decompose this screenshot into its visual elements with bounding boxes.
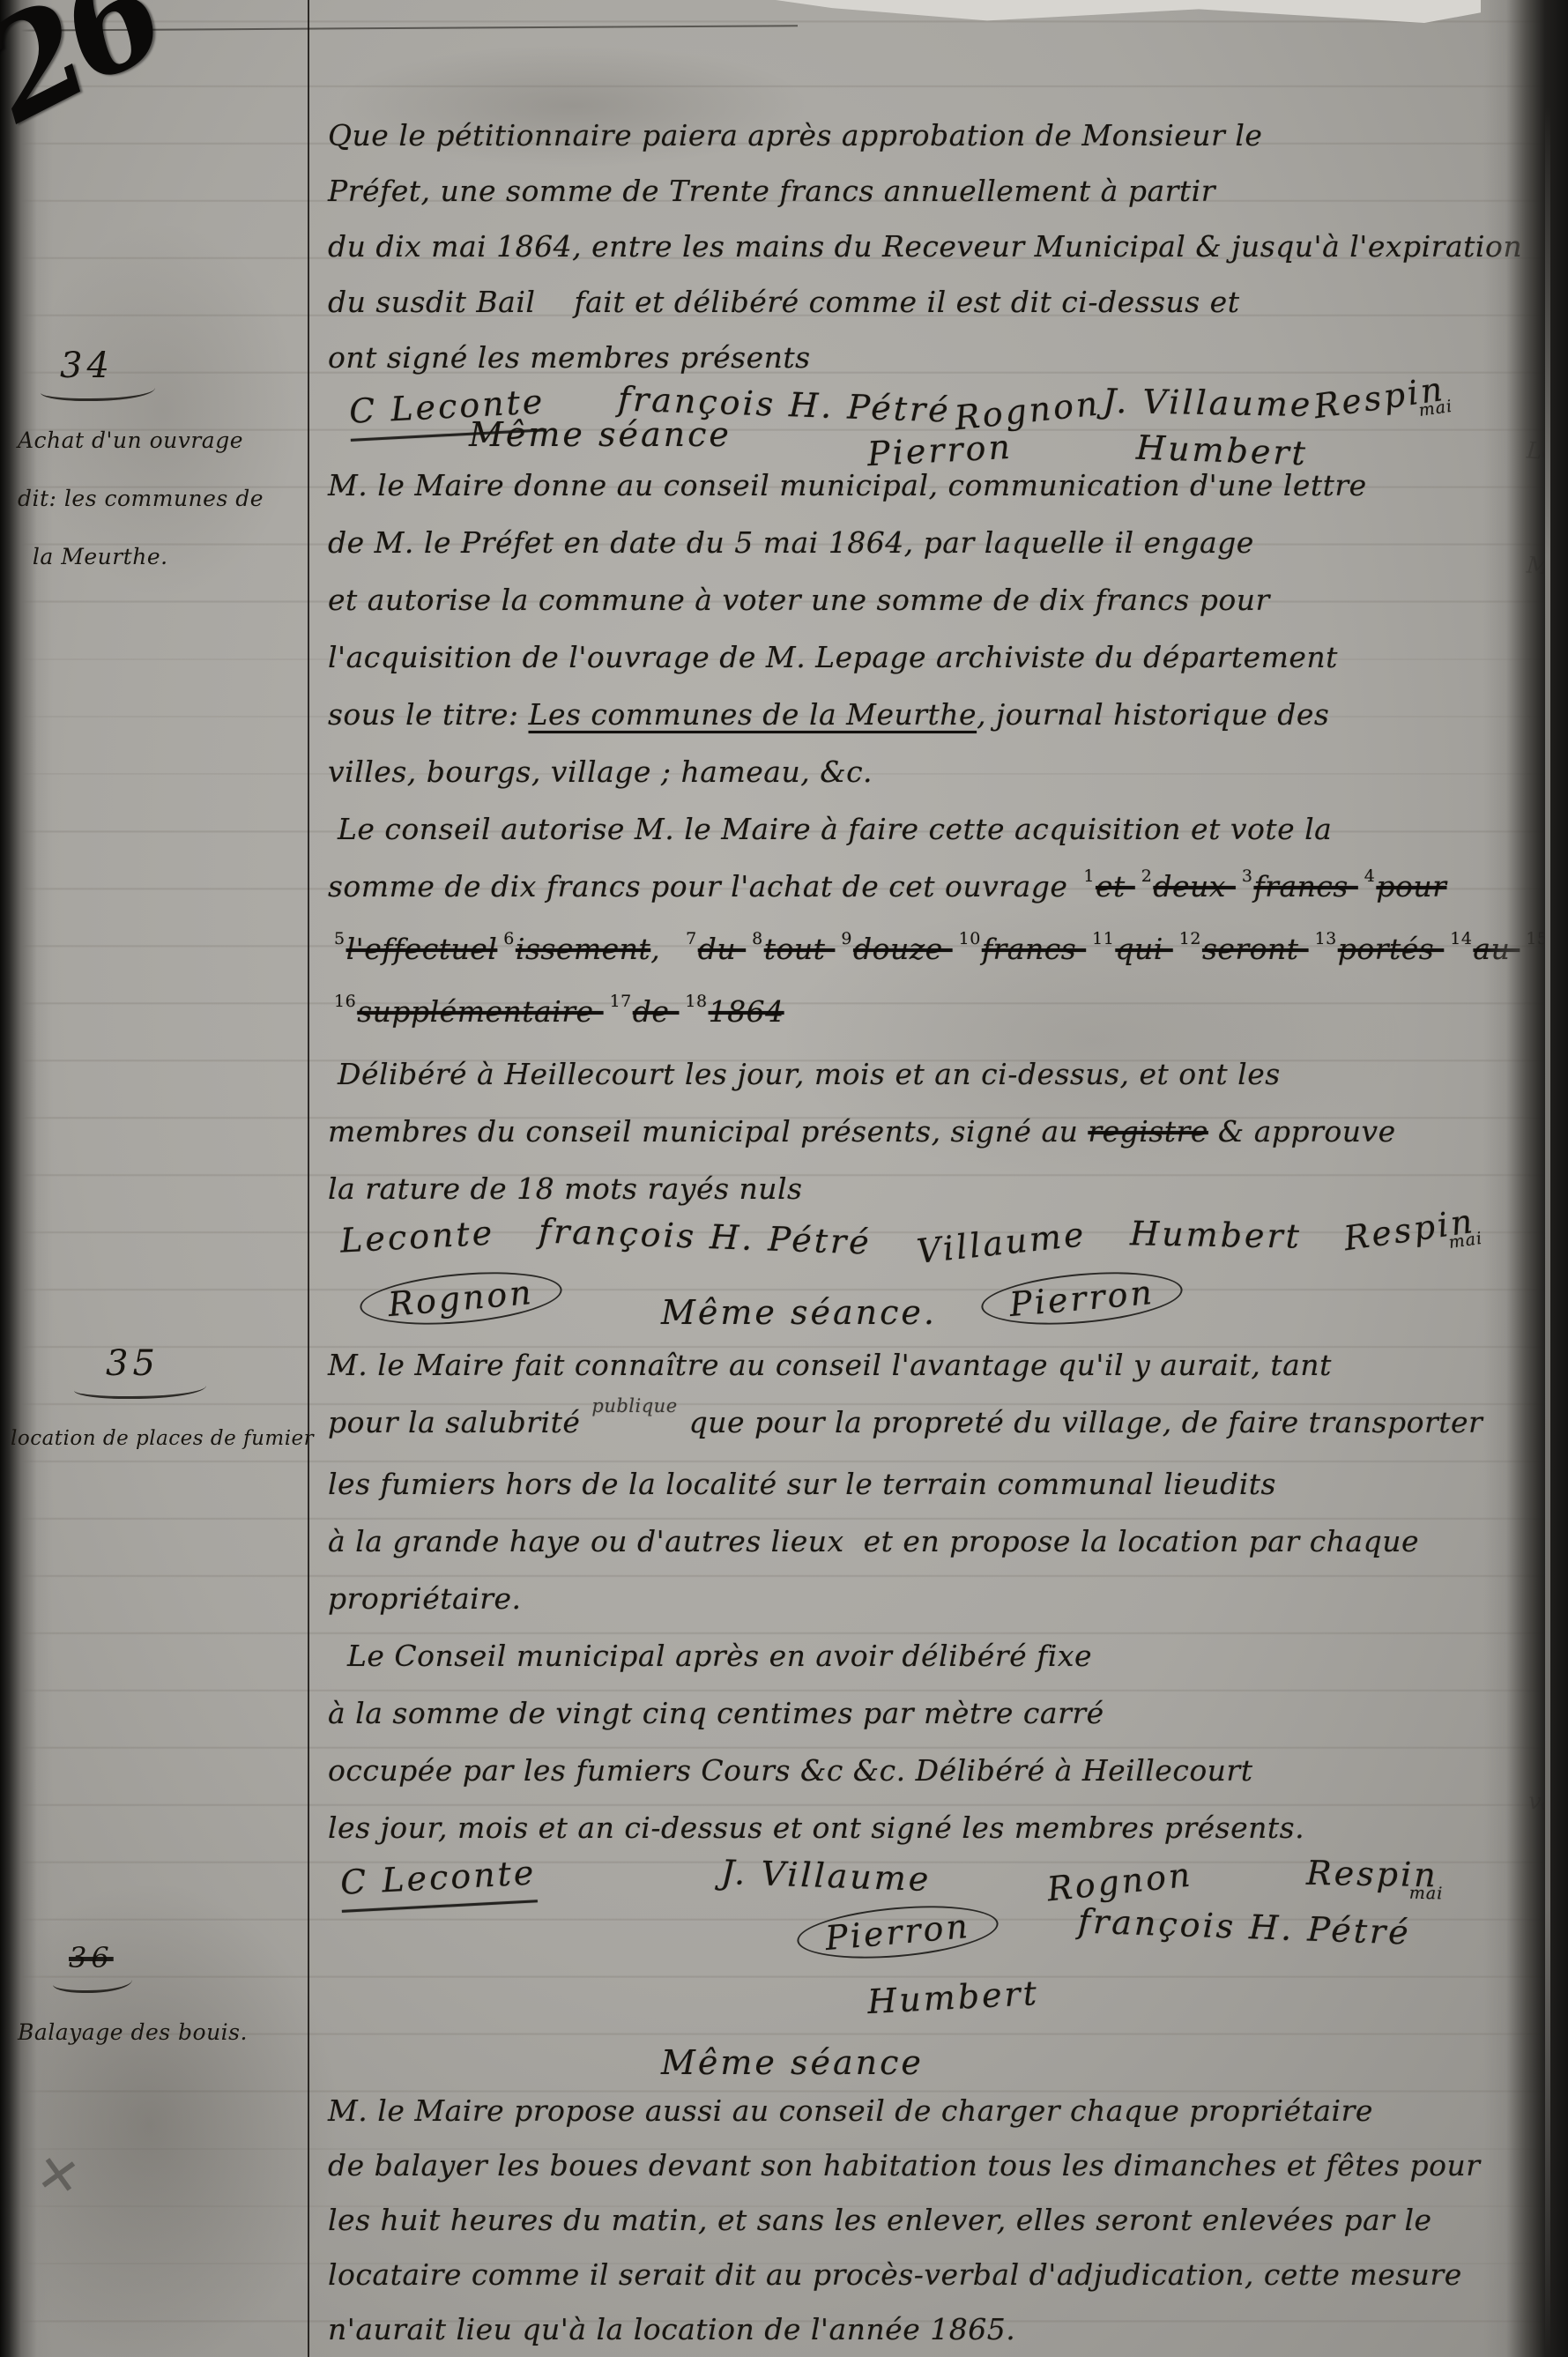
text-segment: du susdit Bail fait et délibéré comme il… (328, 285, 1239, 319)
text-line: locataire comme il serait dit au procès-… (328, 2248, 1500, 2302)
margin-note-text: dit: les communes de (18, 470, 314, 528)
text-segment: sous le titre: (328, 697, 529, 732)
pencil-x-mark: ✕ (33, 2143, 85, 2209)
margin-entry-number: 36 (69, 1937, 314, 1978)
strike-count-number: 1 (1083, 848, 1095, 905)
margin-entry-number: 35 (106, 1343, 307, 1384)
underline-flourish-icon (53, 1980, 132, 1993)
strike-count-number: 6 (503, 911, 515, 968)
text-segment: supplémentaire (357, 994, 603, 1029)
text-line: du dix mai 1864, entre les mains du Rece… (328, 219, 1500, 274)
text-segment: Le conseil autorise M. le Maire à faire … (328, 812, 1332, 846)
margin-note-text: Achat d'un ouvrage (18, 412, 314, 470)
text-line: du susdit Bail fait et délibéré comme il… (328, 274, 1500, 330)
signature-pierron: Pierron (795, 1899, 1000, 1966)
text-line: M. le Maire fait connaître au conseil l'… (328, 1336, 1500, 1394)
text-segment: Les communes de la Meurthe (529, 697, 977, 732)
text-segment: les huit heures du matin, et sans les en… (328, 2203, 1432, 2237)
text-segment: la rature de 18 mots rayés nuls (328, 1171, 803, 1206)
scanned-register-page: 26 34Achat d'un ouvragedit: les communes… (0, 0, 1568, 2357)
text-segment: villes, bourgs, village ; hameau, &c. (328, 755, 873, 789)
text-segment: publique (591, 1378, 677, 1435)
deliberation-section-s34: Même séanceM. le Maire donne au conseil … (328, 413, 1500, 1344)
strike-count-number: 12 (1179, 911, 1201, 968)
text-line: M. le Maire donne au conseil municipal, … (328, 457, 1500, 514)
text-segment: de M. le Préfet en date du 5 mai 1864, p… (328, 525, 1254, 560)
signature-villaume: Villaume (915, 1215, 1088, 1271)
text-segment: francs (982, 932, 1086, 966)
signature-title: mai (1346, 1229, 1484, 1267)
text-segment: du (698, 932, 746, 966)
text-segment: seront (1202, 932, 1309, 966)
text-segment: l'acquisition de l'ouvrage de M. Lepage … (328, 640, 1338, 674)
text-segment: que pour la propreté du village, de fair… (680, 1405, 1483, 1439)
text-segment: & approuve (1208, 1114, 1396, 1149)
text-segment: 1864 (709, 994, 784, 1029)
text-segment: M. le Maire propose aussi au conseil de … (328, 2093, 1373, 2128)
deliberation-text-column: Que le pétitionnaire paiera après approb… (328, 0, 1500, 2357)
text-line: à la somme de vingt cinq centimes par mè… (328, 1684, 1500, 1742)
text-segment: Que le pétitionnaire paiera après approb… (328, 118, 1262, 152)
text-line: M. le Maire propose aussi au conseil de … (328, 2084, 1500, 2138)
signature-c-leconte: C Leconte (339, 1849, 607, 1902)
signature-respin: Respinmai (1306, 1854, 1438, 1904)
text-segment: du dix mai 1864, entre les mains du Rece… (328, 229, 1522, 264)
margin-note-text: Balayage des bouis. (18, 2004, 314, 2062)
signature-humbert: Humbert (866, 1974, 1040, 2021)
text-segment: portés (1338, 932, 1444, 966)
margin-column: 34Achat d'un ouvragedit: les communes de… (11, 0, 307, 2357)
text-segment: registre (1088, 1114, 1208, 1149)
text-line: n'aurait lieu qu'à la location de l'anné… (328, 2302, 1500, 2357)
text-line: à la grande haye ou d'autres lieux et en… (328, 1513, 1500, 1570)
margin-note-text: location de places de fumier (11, 1409, 307, 1468)
text-segment: et (1096, 869, 1135, 903)
text-segment: occupée par les fumiers Cours &c &c. Dél… (328, 1753, 1252, 1788)
text-line: et autorise la commune à voter une somme… (328, 571, 1500, 628)
deliberation-section-s36: Même séanceM. le Maire propose aussi au … (328, 2041, 1500, 2357)
text-segment: Le Conseil municipal après en avoir déli… (328, 1639, 1092, 1673)
signature-row: Lecontefrançois H. PétréVillaumeHumbertR… (328, 1217, 1500, 1268)
text-line: Que le pétitionnaire paiera après approb… (328, 108, 1500, 163)
signature-humbert: Humbert (1129, 1214, 1302, 1255)
strike-count-number: 9 (841, 911, 852, 968)
text-line: membres du conseil municipal présents, s… (328, 1103, 1500, 1160)
text-line: Le Conseil municipal après en avoir déli… (328, 1627, 1500, 1684)
text-segment: francs (1253, 869, 1357, 903)
signature-françois-h-pétré: françois H. Pétré (1077, 1901, 1411, 1952)
text-segment: douze (853, 932, 953, 966)
strike-count-number: 18 (685, 973, 707, 1030)
text-line: ont signé les membres présents (328, 330, 1500, 385)
text-segment: ont signé les membres présents (328, 340, 811, 375)
text-line: les huit heures du matin, et sans les en… (328, 2193, 1500, 2248)
text-line: pour la salubrité publique que pour la p… (328, 1394, 1500, 1455)
strike-count-number: 11 (1092, 911, 1114, 968)
margin-note-text: la Meurthe. (18, 528, 314, 586)
signature-row: C LeconteJ. VillaumeRognonRespinmai (328, 1856, 1500, 1907)
book-gutter-shadow (1483, 0, 1568, 2357)
text-line: Délibéré à Heillecourt les jour, mois et… (328, 1045, 1500, 1103)
text-line: propriétaire. (328, 1570, 1500, 1627)
text-segment: pour (1376, 869, 1446, 903)
underline-flourish-icon (41, 388, 155, 401)
text-line: 5l'effectuel6issement, 7du 8tout 9douze … (328, 920, 1500, 983)
text-segment: Délibéré à Heillecourt les jour, mois et… (328, 1057, 1281, 1091)
text-segment: tout (764, 932, 836, 966)
seance-heading: Même séance (661, 2041, 1500, 2084)
text-segment: propriétaire. (328, 1581, 522, 1616)
text-line: villes, bourgs, village ; hameau, &c. (328, 743, 1500, 800)
strike-count-number: 13 (1315, 911, 1337, 968)
strike-count-number: 7 (686, 911, 697, 968)
text-segment: somme de dix francs pour l'achat de cet … (328, 869, 1077, 903)
text-line: les jour, mois et an ci-dessus et ont si… (328, 1799, 1500, 1856)
underline-flourish-icon (74, 1386, 206, 1399)
text-segment: de (633, 994, 680, 1029)
signature-row: Pierronfrançois H. Pétré (328, 1907, 1500, 1978)
text-line: de balayer les boues devant son habitati… (328, 2138, 1500, 2193)
text-line: occupée par les fumiers Cours &c &c. Dél… (328, 1742, 1500, 1799)
text-segment: à la somme de vingt cinq centimes par mè… (328, 1696, 1104, 1730)
seance-heading: Même séance. (661, 1289, 1500, 1336)
text-segment: pour la salubrité (328, 1405, 590, 1439)
signature-j-villaume: J. Villaume (721, 1853, 933, 1899)
text-segment: n'aurait lieu qu'à la location de l'anné… (328, 2312, 1015, 2346)
text-line: la rature de 18 mots rayés nuls (328, 1160, 1500, 1217)
text-segment: et autorise la commune à voter une somme… (328, 583, 1270, 617)
margin-note-35: 35location de places de fumier (11, 1343, 307, 1468)
strike-count-number: 17 (610, 973, 632, 1030)
strike-count-number: 5 (334, 911, 346, 968)
text-segment: qui (1115, 932, 1172, 966)
strike-count-number: 14 (1450, 911, 1472, 968)
strike-count-number: 8 (752, 911, 763, 968)
margin-note-34: 34Achat d'un ouvragedit: les communes de… (18, 346, 314, 586)
text-segment: membres du conseil municipal présents, s… (328, 1114, 1088, 1149)
text-line: de M. le Préfet en date du 5 mai 1864, p… (328, 514, 1500, 571)
text-segment: M. le Maire fait connaître au conseil l'… (328, 1348, 1332, 1382)
text-segment: , (650, 932, 680, 966)
signature-françois-h-pétré: françois H. Pétré (538, 1211, 872, 1261)
text-segment: Préfet, une somme de Trente francs annue… (328, 174, 1215, 208)
signature-leconte: Leconte (339, 1213, 495, 1260)
margin-entry-number: 34 (60, 346, 314, 386)
text-line: les fumiers hors de la localité sur le t… (328, 1455, 1500, 1513)
text-segment: , journal historique des (977, 697, 1329, 732)
text-segment: de balayer les boues devant son habitati… (328, 2148, 1480, 2182)
text-segment: les fumiers hors de la localité sur le t… (328, 1467, 1276, 1501)
text-segment: issement (516, 932, 650, 966)
seance-heading: Même séance (469, 413, 1500, 457)
text-segment: les jour, mois et an ci-dessus et ont si… (328, 1811, 1304, 1845)
strike-count-number: 2 (1141, 848, 1153, 905)
text-segment: l'effectuel (346, 932, 498, 966)
text-segment: M. le Maire donne au conseil municipal, … (328, 468, 1367, 502)
text-segment: locataire comme il serait dit au procès-… (328, 2257, 1462, 2292)
strike-count-number: 4 (1364, 848, 1376, 905)
strike-count-number: 10 (959, 911, 981, 968)
text-line: Le conseil autorise M. le Maire à faire … (328, 800, 1500, 858)
signature-rognon: Rognon (1045, 1855, 1194, 1908)
next-page-edge (1545, 106, 1550, 2357)
deliberation-section-s35: Même séance.M. le Maire fait connaître a… (328, 1289, 1500, 2029)
signature-title: mai (1306, 1882, 1444, 1904)
text-line: Préfet, une somme de Trente francs annue… (328, 163, 1500, 219)
signature-row: Humbert (328, 1978, 1500, 2029)
strike-count-number: 16 (334, 973, 356, 1030)
text-segment: à la grande haye ou d'autres lieux et en… (328, 1524, 1419, 1558)
text-line: sous le titre: Les communes de la Meurth… (328, 686, 1500, 743)
text-segment: deux (1153, 869, 1236, 903)
margin-note-36: 36Balayage des bouis.✕ (18, 1937, 314, 2062)
strike-count-number: 3 (1242, 848, 1253, 905)
text-line: l'acquisition de l'ouvrage de M. Lepage … (328, 628, 1500, 686)
text-line: 16supplémentaire 17de 181864 (328, 983, 1500, 1045)
